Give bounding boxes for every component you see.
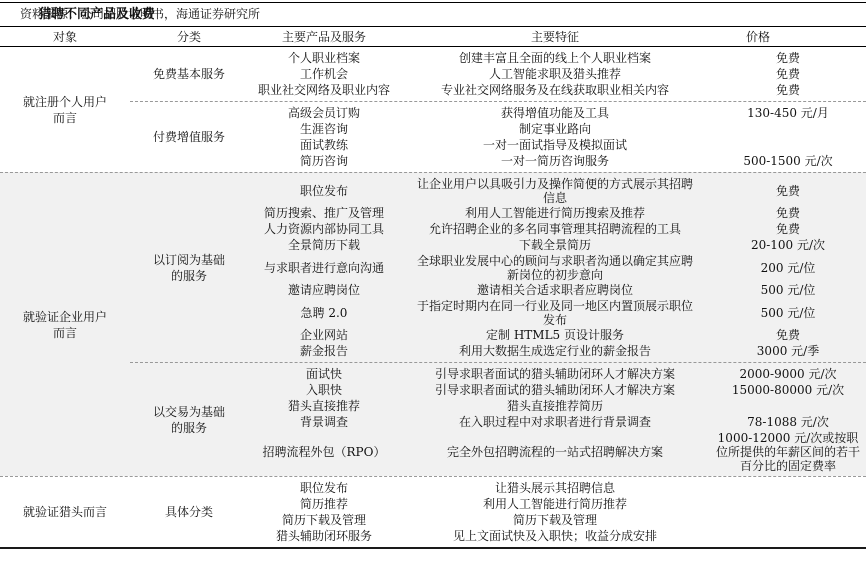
feature-cell: 让猎头展示其招聘信息: [400, 481, 710, 495]
product-cell: 背景调查: [248, 415, 400, 429]
table-row: 个人职业档案创建丰富且全面的线上个人职业档案免费: [248, 50, 866, 66]
table-row: 招聘流程外包（RPO）完全外包招聘流程的一站式招聘解决方案1000-12000 …: [248, 430, 866, 473]
table-row: 简历搜索、推广及管理利用人工智能进行简历搜索及推荐免费: [248, 205, 866, 221]
table-row: 简历咨询一对一简历咨询服务500-1500 元/次: [248, 153, 866, 169]
price-cell: 500 元/位: [710, 306, 866, 320]
price-cell: 78-1088 元/次: [710, 415, 866, 429]
table-section: 就验证猎头而言具体分类职位发布让猎头展示其招聘信息简历推荐利用人工智能进行简历推…: [0, 476, 866, 547]
table-row: 简历推荐利用人工智能进行简历推荐: [248, 496, 866, 512]
feature-cell: 利用大数据生成选定行业的薪金报告: [400, 344, 710, 358]
price-cell: 免费: [710, 184, 866, 198]
category-cell: 以订阅为基础的服务: [130, 176, 248, 359]
table-sections: 就注册个人用户而言免费基本服务个人职业档案创建丰富且全面的线上个人职业档案免费工…: [0, 47, 866, 547]
header-price: 价格: [710, 28, 866, 45]
product-cell: 邀请应聘岗位: [248, 283, 400, 297]
product-cell: 简历搜索、推广及管理: [248, 206, 400, 220]
category-cell: 以交易为基础的服务: [130, 366, 248, 473]
product-cell: 人力资源内部协同工具: [248, 222, 400, 236]
table-row: 猎头辅助闭环服务见上文面试快及入职快；收益分成安排: [248, 528, 866, 544]
report-page: 猎聘不同产品及收费 对象 分类 主要产品及服务 主要特征 价格 就注册个人用户而…: [0, 0, 866, 570]
feature-cell: 创建丰富且全面的线上个人职业档案: [400, 51, 710, 65]
table-row: 生涯咨询制定事业路向: [248, 121, 866, 137]
product-cell: 职位发布: [248, 481, 400, 495]
price-cell: 2000-9000 元/次: [710, 367, 866, 381]
table-row: 邀请应聘岗位邀请相关合适求职者应聘岗位500 元/位: [248, 282, 866, 298]
group-rows: 职位发布让猎头展示其招聘信息简历推荐利用人工智能进行简历推荐简历下载及管理简历下…: [248, 480, 866, 544]
table-row: 全景简历下载下载全景简历20-100 元/次: [248, 237, 866, 253]
feature-cell: 让企业用户以具吸引力及操作简便的方式展示其招聘信息: [400, 177, 710, 205]
product-cell: 高级会员订购: [248, 106, 400, 120]
header-object: 对象: [0, 28, 130, 45]
group-rows: 高级会员订购获得增值功能及工具130-450 元/月生涯咨询制定事业路向面试教练…: [248, 105, 866, 169]
table-row: 与求职者进行意向沟通全球职业发展中心的顾问与求职者沟通以确定其应聘新岗位的初步意…: [248, 253, 866, 282]
group-rows: 面试快引导求职者面试的猎头辅助闭环人才解决方案2000-9000 元/次入职快引…: [248, 366, 866, 473]
product-cell: 职业社交网络及职业内容: [248, 83, 400, 97]
feature-cell: 全球职业发展中心的顾问与求职者沟通以确定其应聘新岗位的初步意向: [400, 254, 710, 282]
data-table: 猎聘不同产品及收费 对象 分类 主要产品及服务 主要特征 价格 就注册个人用户而…: [0, 2, 866, 549]
feature-cell: 简历下载及管理: [400, 513, 710, 527]
feature-cell: 一对一简历咨询服务: [400, 154, 710, 168]
category-cell: 免费基本服务: [130, 50, 248, 98]
feature-cell: 制定事业路向: [400, 122, 710, 136]
price-cell: 200 元/位: [710, 261, 866, 275]
product-cell: 生涯咨询: [248, 122, 400, 136]
feature-cell: 完全外包招聘流程的一站式招聘解决方案: [400, 445, 710, 459]
feature-cell: 定制 HTML5 页设计服务: [400, 328, 710, 342]
table-row: 职位发布让企业用户以具吸引力及操作简便的方式展示其招聘信息免费: [248, 176, 866, 205]
feature-cell: 见上文面试快及入职快；收益分成安排: [400, 529, 710, 543]
product-cell: 职位发布: [248, 184, 400, 198]
table-row: 急聘 2.0于指定时期内在同一行业及同一地区内置顶展示职位发布500 元/位: [248, 298, 866, 327]
feature-cell: 于指定时期内在同一行业及同一地区内置顶展示职位发布: [400, 299, 710, 327]
product-cell: 猎头直接推荐: [248, 399, 400, 413]
category-group: 以交易为基础的服务面试快引导求职者面试的猎头辅助闭环人才解决方案2000-900…: [130, 362, 866, 476]
table-row: 职业社交网络及职业内容专业社交网络服务及在线获取职业相关内容免费: [248, 82, 866, 98]
feature-cell: 人工智能求职及猎头推荐: [400, 67, 710, 81]
product-cell: 全景简历下载: [248, 238, 400, 252]
product-cell: 简历下载及管理: [248, 513, 400, 527]
product-cell: 面试快: [248, 367, 400, 381]
feature-cell: 引导求职者面试的猎头辅助闭环人才解决方案: [400, 383, 710, 397]
category-group: 付费增值服务高级会员订购获得增值功能及工具130-450 元/月生涯咨询制定事业…: [130, 101, 866, 172]
table-row: 简历下载及管理简历下载及管理: [248, 512, 866, 528]
table-row: 面试教练一对一面试指导及模拟面试: [248, 137, 866, 153]
group-rows: 职位发布让企业用户以具吸引力及操作简便的方式展示其招聘信息免费简历搜索、推广及管…: [248, 176, 866, 359]
price-cell: 免费: [710, 206, 866, 220]
feature-cell: 利用人工智能进行简历搜索及推荐: [400, 206, 710, 220]
header-products: 主要产品及服务: [248, 28, 400, 45]
product-cell: 与求职者进行意向沟通: [248, 261, 400, 275]
price-cell: 500 元/位: [710, 283, 866, 297]
header-features: 主要特征: [400, 28, 710, 45]
table-row: 工作机会人工智能求职及猎头推荐免费: [248, 66, 866, 82]
category-cell: 付费增值服务: [130, 105, 248, 169]
table-row: 背景调查在入职过程中对求职者进行背景调查78-1088 元/次: [248, 414, 866, 430]
table-section: 就验证企业用户而言以订阅为基础的服务职位发布让企业用户以具吸引力及操作简便的方式…: [0, 172, 866, 476]
table-row: 人力资源内部协同工具允许招聘企业的多名同事管理其招聘流程的工具免费: [248, 221, 866, 237]
group-rows: 个人职业档案创建丰富且全面的线上个人职业档案免费工作机会人工智能求职及猎头推荐免…: [248, 50, 866, 98]
product-cell: 急聘 2.0: [248, 306, 400, 320]
header-category: 分类: [130, 28, 248, 45]
object-cell: 就注册个人用户而言: [0, 47, 130, 172]
price-cell: 免费: [710, 328, 866, 342]
feature-cell: 邀请相关合适求职者应聘岗位: [400, 283, 710, 297]
product-cell: 薪金报告: [248, 344, 400, 358]
product-cell: 入职快: [248, 383, 400, 397]
feature-cell: 利用人工智能进行简历推荐: [400, 497, 710, 511]
price-cell: 免费: [710, 222, 866, 236]
price-cell: 免费: [710, 83, 866, 97]
price-cell: 3000 元/季: [710, 344, 866, 358]
product-cell: 简历咨询: [248, 154, 400, 168]
feature-cell: 一对一面试指导及模拟面试: [400, 138, 710, 152]
product-cell: 招聘流程外包（RPO）: [248, 445, 400, 459]
table-row: 职位发布让猎头展示其招聘信息: [248, 480, 866, 496]
feature-cell: 在入职过程中对求职者进行背景调查: [400, 415, 710, 429]
product-cell: 工作机会: [248, 67, 400, 81]
table-row: 企业网站定制 HTML5 页设计服务免费: [248, 327, 866, 343]
price-cell: 免费: [710, 67, 866, 81]
price-cell: 20-100 元/次: [710, 238, 866, 252]
product-cell: 个人职业档案: [248, 51, 400, 65]
product-cell: 企业网站: [248, 328, 400, 342]
product-cell: 简历推荐: [248, 497, 400, 511]
object-cell: 就验证猎头而言: [0, 477, 130, 547]
product-cell: 猎头辅助闭环服务: [248, 529, 400, 543]
table-row: 薪金报告利用大数据生成选定行业的薪金报告3000 元/季: [248, 343, 866, 359]
feature-cell: 允许招聘企业的多名同事管理其招聘流程的工具: [400, 222, 710, 236]
category-cell: 具体分类: [130, 480, 248, 544]
section-groups: 免费基本服务个人职业档案创建丰富且全面的线上个人职业档案免费工作机会人工智能求职…: [130, 47, 866, 172]
category-group: 具体分类职位发布让猎头展示其招聘信息简历推荐利用人工智能进行简历推荐简历下载及管…: [130, 477, 866, 547]
price-cell: 500-1500 元/次: [710, 154, 866, 168]
object-cell: 就验证企业用户而言: [0, 173, 130, 476]
price-cell: 130-450 元/月: [710, 106, 866, 120]
category-group: 以订阅为基础的服务职位发布让企业用户以具吸引力及操作简便的方式展示其招聘信息免费…: [130, 173, 866, 362]
table-title: 猎聘不同产品及收费: [0, 3, 866, 27]
table-row: 高级会员订购获得增值功能及工具130-450 元/月: [248, 105, 866, 121]
product-cell: 面试教练: [248, 138, 400, 152]
table-row: 猎头直接推荐猎头直接推荐简历: [248, 398, 866, 414]
feature-cell: 引导求职者面试的猎头辅助闭环人才解决方案: [400, 367, 710, 381]
table-section: 就注册个人用户而言免费基本服务个人职业档案创建丰富且全面的线上个人职业档案免费工…: [0, 47, 866, 172]
section-groups: 具体分类职位发布让猎头展示其招聘信息简历推荐利用人工智能进行简历推荐简历下载及管…: [130, 477, 866, 547]
price-cell: 免费: [710, 51, 866, 65]
feature-cell: 下载全景简历: [400, 238, 710, 252]
feature-cell: 获得增值功能及工具: [400, 106, 710, 120]
table-row: 入职快引导求职者面试的猎头辅助闭环人才解决方案15000-80000 元/次: [248, 382, 866, 398]
table-header-row: 对象 分类 主要产品及服务 主要特征 价格: [0, 27, 866, 47]
price-cell: 15000-80000 元/次: [710, 383, 866, 397]
feature-cell: 猎头直接推荐简历: [400, 399, 710, 413]
table-row: 面试快引导求职者面试的猎头辅助闭环人才解决方案2000-9000 元/次: [248, 366, 866, 382]
category-group: 免费基本服务个人职业档案创建丰富且全面的线上个人职业档案免费工作机会人工智能求职…: [130, 47, 866, 101]
feature-cell: 专业社交网络服务及在线获取职业相关内容: [400, 83, 710, 97]
price-cell: 1000-12000 元/次或按职位所提供的年薪区间的若干百分比的固定费率: [710, 431, 866, 473]
section-groups: 以订阅为基础的服务职位发布让企业用户以具吸引力及操作简便的方式展示其招聘信息免费…: [130, 173, 866, 476]
